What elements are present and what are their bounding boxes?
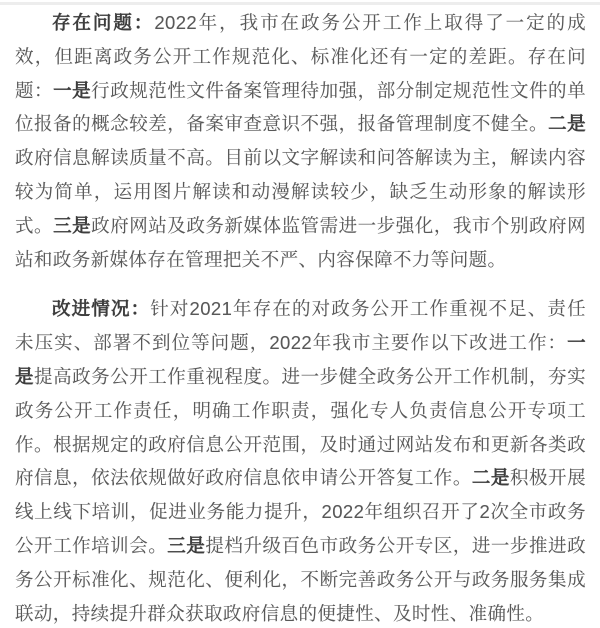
- document-page: 存在问题：2022年，我市在政务公开工作上取得了一定的成效，但距离政务公开工作规…: [0, 0, 600, 628]
- paragraph-improvements: 改进情况：针对2021年存在的对政务公开工作重视不足、责任未压实、部署不到位等问…: [15, 292, 586, 628]
- text-segment-bold: 三是: [53, 215, 91, 236]
- text-segment-bold: 一是: [53, 80, 91, 101]
- text-segment-bold: 存在问题：: [52, 12, 154, 33]
- paragraph-existing-problems: 存在问题：2022年，我市在政务公开工作上取得了一定的成效，但距离政务公开工作规…: [15, 6, 586, 276]
- text-segment: 政府网站及政务新媒体监管需进一步强化，我市个别政府网站和政务新媒体存在管理把关不…: [15, 215, 586, 270]
- text-segment: 行政规范性文件备案管理待加强，部分制定规范性文件的单位报备的概念较差，备案审查意…: [15, 80, 586, 135]
- text-segment-bold: 三是: [167, 535, 205, 556]
- text-segment-bold: 改进情况：: [52, 298, 150, 319]
- document-body: 存在问题：2022年，我市在政务公开工作上取得了一定的成效，但距离政务公开工作规…: [0, 5, 600, 628]
- text-segment-bold: 二是: [548, 113, 586, 134]
- text-segment-bold: 二是: [472, 467, 510, 488]
